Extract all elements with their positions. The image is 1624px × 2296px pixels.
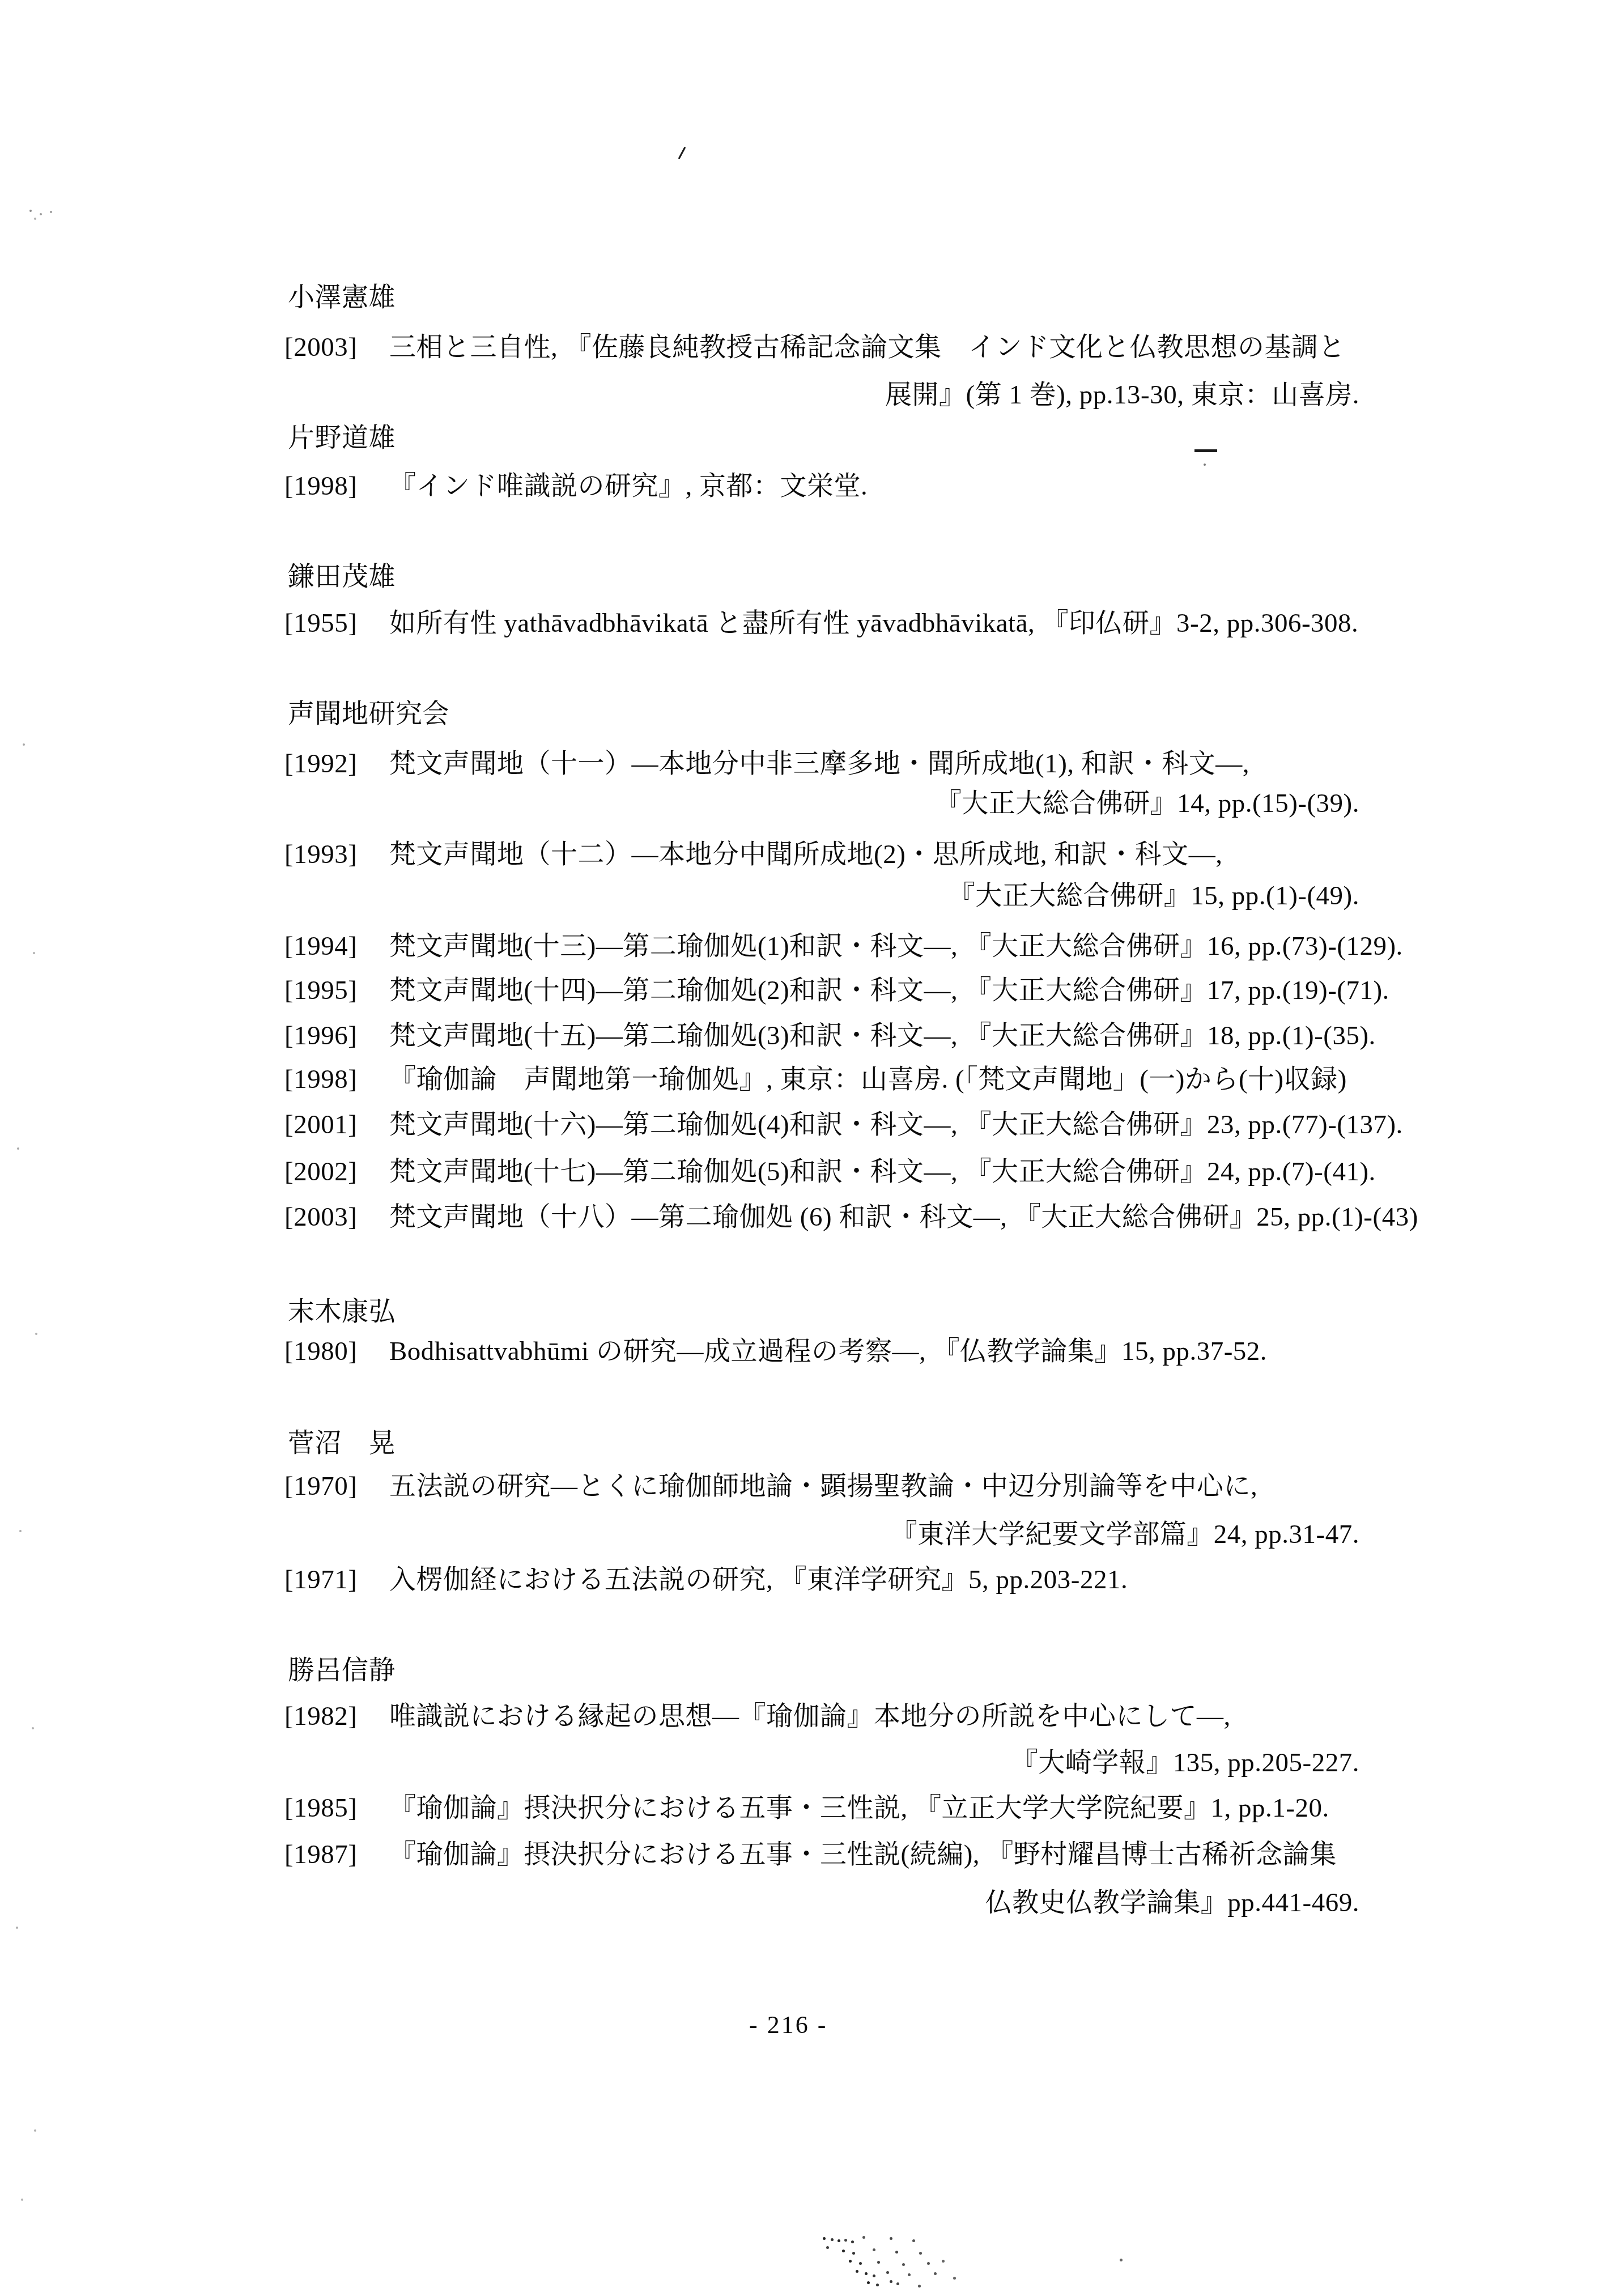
entry-continuation: 『大正大総合佛研』15, pp.(1)-(49). xyxy=(949,882,1359,911)
author-name: 片野道雄 xyxy=(288,424,396,453)
scanned-bibliography-page: 小澤憲雄 [2003]三相と三自性, 『佐藤良純教授古稀記念論文集 インド文化と… xyxy=(0,0,1624,2296)
entry-year: [2003] xyxy=(284,1203,389,1232)
entry-text: 『瑜伽論』摂決択分における五事・三性説, 『立正大学大学院紀要』1, pp.1-… xyxy=(389,1793,1329,1823)
entry-year: [1985] xyxy=(284,1794,389,1823)
entry-text: 『インド唯識説の研究』, 京都：文栄堂. xyxy=(389,471,868,501)
author-name: 勝呂信静 xyxy=(288,1656,396,1686)
bib-entry: [1982]唯識説における縁起の思想—『瑜伽論』本地分の所説を中心にして—, xyxy=(284,1702,1231,1732)
author-name: 鎌田茂雄 xyxy=(288,563,396,592)
entry-text: 唯識説における縁起の思想—『瑜伽論』本地分の所説を中心にして—, xyxy=(389,1702,1231,1731)
bib-entry: [1985]『瑜伽論』摂決択分における五事・三性説, 『立正大学大学院紀要』1,… xyxy=(284,1794,1329,1823)
entry-year: [1980] xyxy=(284,1337,389,1367)
entry-text: 梵文声聞地(十六)—第二瑜伽処(4)和訳・科文—, 『大正大総合佛研』23, p… xyxy=(389,1110,1403,1140)
bib-entry: [1998]『インド唯識説の研究』, 京都：文栄堂. xyxy=(284,472,868,501)
entry-continuation: 仏教史仏教学論集』pp.441-469. xyxy=(985,1889,1359,1918)
entry-year: [1955] xyxy=(284,609,389,639)
entry-year: [1971] xyxy=(284,1566,389,1595)
entry-year: [2001] xyxy=(284,1111,389,1140)
entry-text: 梵文声聞地(十四)—第二瑜伽処(2)和訳・科文—, 『大正大総合佛研』17, p… xyxy=(389,976,1389,1005)
entry-text: 梵文声聞地（十二）—本地分中聞所成地(2)・思所成地, 和訳・科文—, xyxy=(389,840,1223,869)
entry-text: 『瑜伽論 声聞地第一瑜伽処』, 東京：山喜房. (「梵文声聞地」(一)から(十)… xyxy=(389,1065,1347,1094)
entry-text: 入楞伽経における五法説の研究, 『東洋学研究』5, pp.203-221. xyxy=(389,1565,1128,1595)
entry-text: 三相と三自性, 『佐藤良純教授古稀記念論文集 インド文化と仏教思想の基調と xyxy=(389,333,1345,362)
bib-entry: [1998]『瑜伽論 声聞地第一瑜伽処』, 東京：山喜房. (「梵文声聞地」(一… xyxy=(284,1065,1347,1095)
author-name: 小澤憲雄 xyxy=(288,283,396,313)
entry-year: [1987] xyxy=(284,1840,389,1870)
entry-continuation: 『大崎学報』135, pp.205-227. xyxy=(1011,1749,1359,1778)
entry-year: [1982] xyxy=(284,1702,389,1732)
entry-year: [1998] xyxy=(284,1065,389,1095)
bib-entry: [1996]梵文声聞地(十五)—第二瑜伽処(3)和訳・科文—, 『大正大総合佛研… xyxy=(284,1022,1376,1051)
bib-entry: [1980]Bodhisattvabhūmi の研究—成立過程の考察—, 『仏教… xyxy=(284,1337,1267,1367)
scan-artifact-dash xyxy=(1194,449,1217,452)
scan-artifact-tick xyxy=(678,147,686,160)
scan-artifact-dot xyxy=(1204,464,1206,466)
author-name: 菅沼 晃 xyxy=(288,1429,396,1459)
bib-entry: [2002]梵文声聞地(十七)—第二瑜伽処(5)和訳・科文—, 『大正大総合佛研… xyxy=(284,1158,1376,1187)
entry-continuation: 展開』(第 1 巻), pp.13-30, 東京：山喜房. xyxy=(885,381,1359,410)
entry-year: [1995] xyxy=(284,976,389,1006)
entry-text: 梵文声聞地（十一）—本地分中非三摩多地・聞所成地(1), 和訳・科文—, xyxy=(389,749,1249,779)
bib-entry: [1970]五法説の研究—とくに瑜伽師地論・顕揚聖教論・中辺分別論等を中心に, xyxy=(284,1472,1257,1502)
bib-entry: [1994]梵文声聞地(十三)—第二瑜伽処(1)和訳・科文—, 『大正大総合佛研… xyxy=(284,932,1403,962)
bib-entry: [2003]梵文声聞地（十八）—第二瑜伽処 (6) 和訳・科文—, 『大正大総合… xyxy=(284,1203,1418,1232)
author-name: 末木康弘 xyxy=(288,1298,396,1327)
bib-entry: [2001]梵文声聞地(十六)—第二瑜伽処(4)和訳・科文—, 『大正大総合佛研… xyxy=(284,1111,1403,1140)
entry-continuation: 『東洋大学紀要文学部篇』24, pp.31-47. xyxy=(891,1520,1359,1550)
page-number: - 216 - xyxy=(749,2010,827,2039)
scan-artifact-margin-specks xyxy=(29,210,32,212)
author-name: 声聞地研究会 xyxy=(288,700,449,729)
bib-entry: [1993]梵文声聞地（十二）—本地分中聞所成地(2)・思所成地, 和訳・科文—… xyxy=(284,840,1223,870)
entry-year: [2002] xyxy=(284,1158,389,1187)
entry-year: [2003] xyxy=(284,333,389,363)
entry-year: [1992] xyxy=(284,750,389,779)
bib-entry: [1971]入楞伽経における五法説の研究, 『東洋学研究』5, pp.203-2… xyxy=(284,1566,1128,1595)
entry-year: [1970] xyxy=(284,1472,389,1502)
entry-year: [1994] xyxy=(284,932,389,962)
entry-text: 梵文声聞地(十七)—第二瑜伽処(5)和訳・科文—, 『大正大総合佛研』24, p… xyxy=(389,1157,1376,1187)
bib-entry: [2003]三相と三自性, 『佐藤良純教授古稀記念論文集 インド文化と仏教思想の… xyxy=(284,333,1345,363)
entry-year: [1996] xyxy=(284,1022,389,1051)
entry-text: 梵文声聞地(十三)—第二瑜伽処(1)和訳・科文—, 『大正大総合佛研』16, p… xyxy=(389,932,1403,961)
entry-text: 梵文声聞地(十五)—第二瑜伽処(3)和訳・科文—, 『大正大総合佛研』18, p… xyxy=(389,1021,1376,1051)
bib-entry: [1992]梵文声聞地（十一）—本地分中非三摩多地・聞所成地(1), 和訳・科文… xyxy=(284,750,1249,779)
bib-entry: [1955]如所有性 yathāvadbhāvikatā と盡所有性 yāvad… xyxy=(284,609,1358,639)
entry-text: 五法説の研究—とくに瑜伽師地論・顕揚聖教論・中辺分別論等を中心に, xyxy=(389,1472,1257,1501)
entry-text: 如所有性 yathāvadbhāvikatā と盡所有性 yāvadbhāvik… xyxy=(389,609,1358,638)
entry-text: 梵文声聞地（十八）—第二瑜伽処 (6) 和訳・科文—, 『大正大総合佛研』25,… xyxy=(389,1202,1418,1232)
entry-year: [1998] xyxy=(284,472,389,501)
scan-artifact-speck-cluster xyxy=(823,2237,826,2240)
entry-text: 『瑜伽論』摂決択分における五事・三性説(続編), 『野村耀昌博士古稀祈念論集 xyxy=(389,1840,1337,1869)
bib-entry: [1987]『瑜伽論』摂決択分における五事・三性説(続編), 『野村耀昌博士古稀… xyxy=(284,1840,1337,1870)
entry-continuation: 『大正大総合佛研』14, pp.(15)-(39). xyxy=(935,789,1359,819)
bib-entry: [1995]梵文声聞地(十四)—第二瑜伽処(2)和訳・科文—, 『大正大総合佛研… xyxy=(284,976,1389,1006)
entry-text: Bodhisattvabhūmi の研究—成立過程の考察—, 『仏教学論集』15… xyxy=(389,1337,1267,1366)
entry-year: [1993] xyxy=(284,840,389,870)
